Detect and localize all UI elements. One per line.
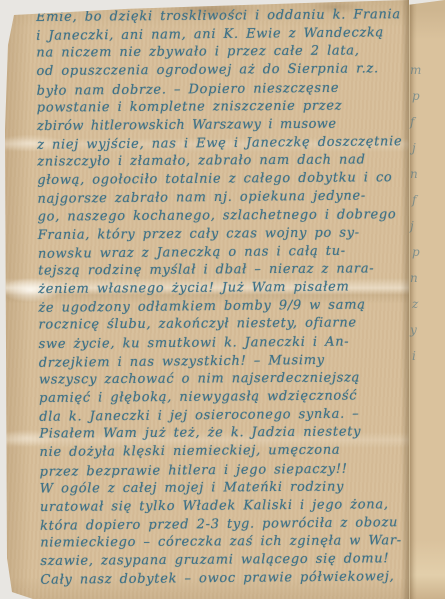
letter-line: niemieckiego – córeczka zaś ich zginęła … bbox=[40, 532, 412, 553]
adjacent-page-writing-fragment: n bbox=[410, 166, 422, 183]
letter-line: W ogóle z całej mojej i Mateńki rodziny bbox=[40, 478, 412, 499]
adjacent-page-writing-fragment: f bbox=[410, 114, 422, 131]
letter-line: Cały nasz dobytek – owoc prawie półwieko… bbox=[40, 568, 412, 590]
adjacent-page-writing-marks: m p f j n f j p n z y i bbox=[412, 62, 424, 365]
letter-line: go, naszego kochanego, szlachetnego i do… bbox=[38, 206, 410, 227]
adjacent-page-writing-fragment: p bbox=[412, 88, 424, 105]
adjacent-page-writing-fragment: y bbox=[410, 322, 422, 339]
letter-text: Emie, bo dzięki troskliwości i oddaniu k… bbox=[36, 6, 413, 589]
adjacent-page-writing-fragment: i bbox=[412, 348, 424, 365]
letter-page: Emie, bo dzięki troskliwości i oddaniu k… bbox=[5, 0, 409, 599]
letter-line: Pisałem Wam już też, że k. Jadzia nieste… bbox=[39, 423, 411, 444]
letter-line: swe życie, ku smutkowi k. Janeczki i An- bbox=[39, 333, 411, 354]
adjacent-page-writing-fragment: m bbox=[410, 62, 422, 79]
letter-line: na niczem nie zbywało i przez całe 2 lat… bbox=[36, 42, 408, 63]
letter-line: nie dożyła klęski niemieckiej, umęczona bbox=[39, 441, 411, 462]
adjacent-page-writing-fragment: p bbox=[412, 244, 424, 261]
adjacent-page-writing-fragment: n bbox=[410, 270, 422, 287]
adjacent-page-writing-fragment: j bbox=[412, 140, 424, 157]
adjacent-page-edge: m p f j n f j p n z y i bbox=[407, 0, 445, 599]
letter-line: od opuszczenia ogrodowej aż do Sierpnia … bbox=[36, 60, 408, 81]
adjacent-page-writing-fragment: f bbox=[412, 192, 424, 209]
adjacent-page-writing-fragment: z bbox=[412, 296, 424, 313]
letter-line: wszyscy zachować o nim najserdeczniejszą bbox=[39, 369, 411, 390]
scan-background: m p f j n f j p n z y i bbox=[0, 0, 445, 599]
adjacent-page-writing-fragment: j bbox=[410, 218, 422, 235]
letter-line: zniszczyło i złamało, zabrało nam dach n… bbox=[37, 151, 409, 172]
letter-line: rocznicę ślubu, zakończył niestety, ofia… bbox=[38, 315, 410, 336]
letter-line: powstanie i kompletne zniszczenie przez bbox=[37, 97, 409, 118]
letter-line: tejszą rodzinę myślał i dbał – nieraz z … bbox=[38, 260, 410, 281]
